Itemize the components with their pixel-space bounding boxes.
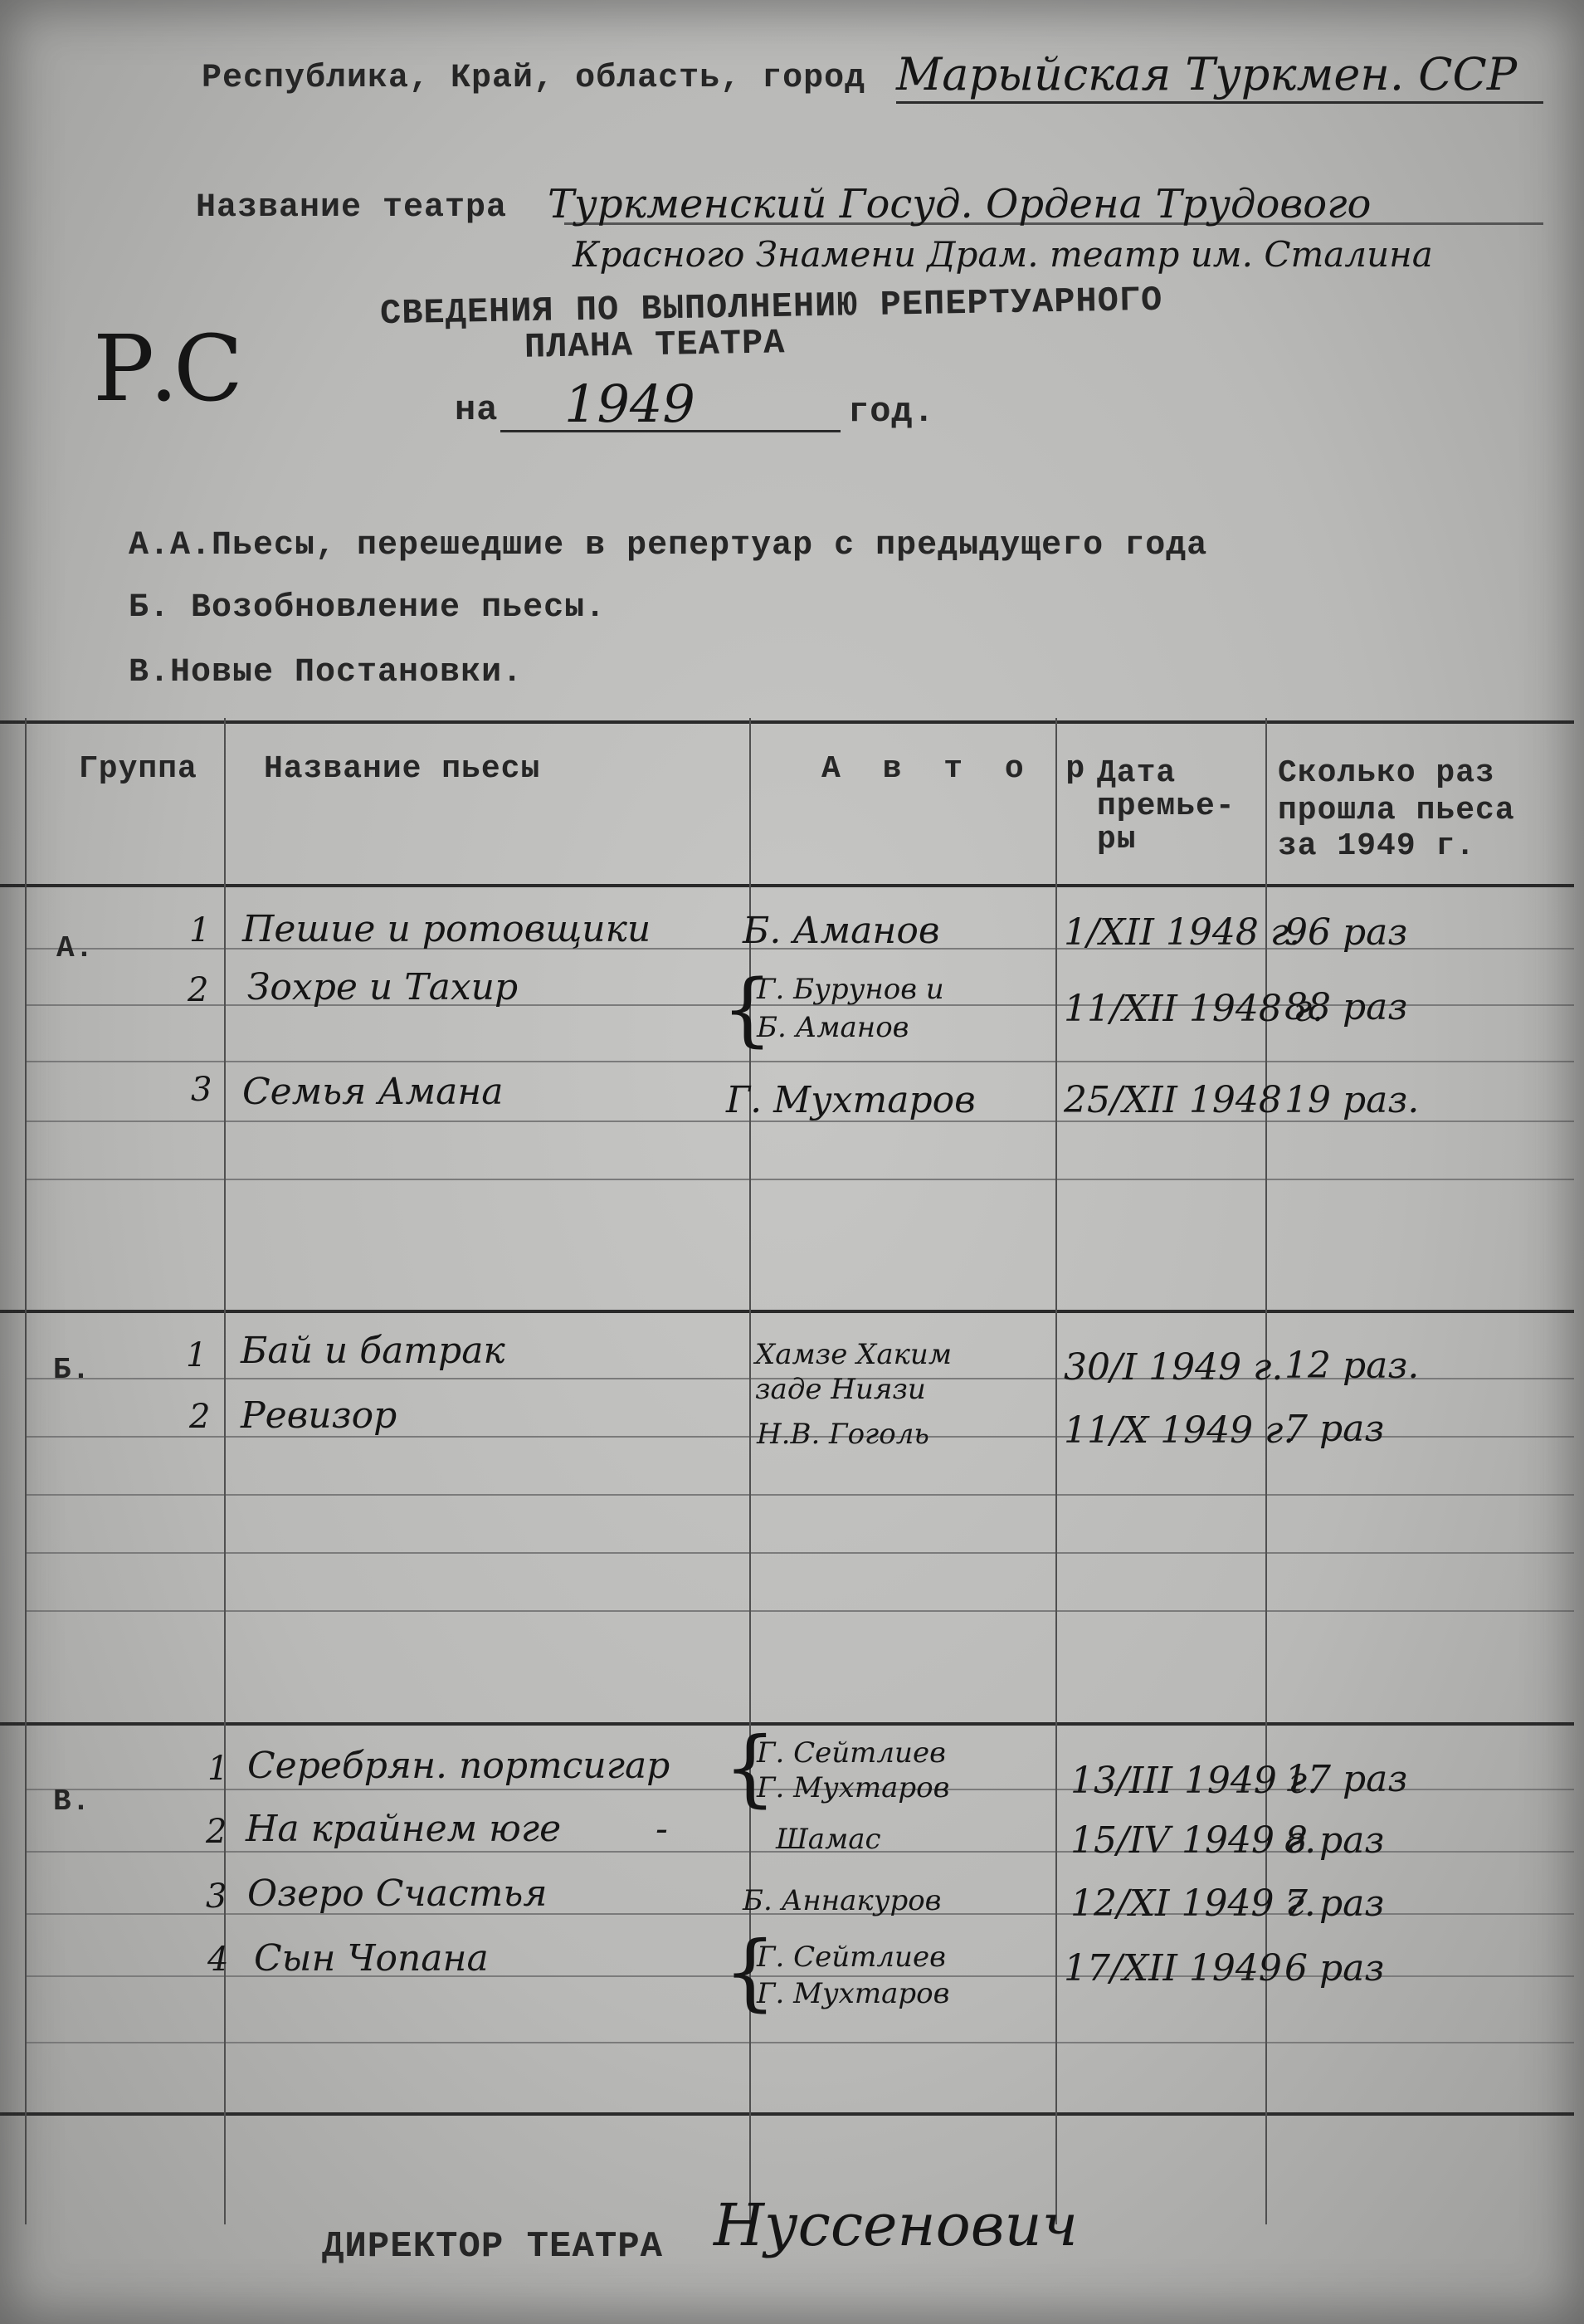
margin-note: Р.С bbox=[93, 315, 238, 422]
play-author: Б. Аманов bbox=[743, 910, 939, 952]
performance-count: 8 раз bbox=[1284, 1819, 1384, 1862]
premiere-date: 30/I 1949 г. bbox=[1064, 1346, 1283, 1389]
year-value: 1949 bbox=[564, 373, 695, 434]
theatre-value-line1: Туркменский Госуд. Ордена Трудового bbox=[548, 181, 1371, 227]
row-number: 1 bbox=[186, 1336, 207, 1374]
row-number: 1 bbox=[207, 1750, 228, 1788]
premiere-date: 25/XII 1948 bbox=[1064, 1079, 1282, 1121]
column-divider bbox=[1055, 718, 1057, 2224]
row-number: 2 bbox=[206, 1813, 227, 1851]
header-bottom-border bbox=[0, 884, 1574, 887]
table-bottom-border bbox=[0, 2112, 1574, 2116]
premiere-date: 1/XII 1948 г. bbox=[1064, 911, 1300, 954]
play-title: На крайнем юге bbox=[246, 1808, 561, 1850]
play-title: Зохре и Тахир bbox=[247, 966, 518, 1008]
col-header-count-line: Сколько раз bbox=[1278, 755, 1495, 792]
ruled-line bbox=[25, 2042, 1574, 2043]
row-number: 2 bbox=[188, 971, 208, 1009]
premiere-date: 17/XII 1949 bbox=[1064, 1947, 1282, 1990]
col-header-premiere-line: ры bbox=[1097, 822, 1137, 858]
play-author: Г. Бурунов и bbox=[757, 973, 944, 1006]
performance-count: 7 раз bbox=[1284, 1882, 1384, 1925]
legend-group-b: Б. Возобновление пьесы. bbox=[129, 589, 606, 627]
row-number: 3 bbox=[206, 1877, 227, 1916]
column-divider bbox=[224, 718, 226, 2224]
performance-count: 19 раз. bbox=[1284, 1079, 1419, 1121]
play-title: Серебрян. портсигар bbox=[247, 1745, 670, 1787]
premiere-date: 15/IV 1949 г. bbox=[1070, 1819, 1316, 1862]
col-header-group: Группа bbox=[79, 751, 197, 788]
column-divider bbox=[25, 718, 27, 2224]
play-author: заде Ниязи bbox=[755, 1373, 926, 1406]
region-underline bbox=[896, 101, 1543, 104]
row-number: 4 bbox=[207, 1941, 228, 1979]
row-number: 2 bbox=[189, 1398, 210, 1436]
play-title: Семья Амана bbox=[242, 1071, 504, 1113]
year-prefix: на bbox=[455, 390, 498, 430]
ruled-line bbox=[25, 1610, 1574, 1612]
region-value: Марыйская Туркмен. ССР bbox=[896, 48, 1517, 100]
premiere-date: 11/X 1949 г. bbox=[1064, 1409, 1294, 1452]
ruled-line bbox=[25, 1494, 1574, 1496]
group-label-a: А. bbox=[56, 931, 94, 965]
group-label-b: Б. bbox=[53, 1353, 90, 1387]
director-label: ДИРЕКТОР ТЕАТРА bbox=[322, 2226, 663, 2268]
performance-count: 96 раз bbox=[1284, 911, 1407, 954]
legend-group-a: А.А.Пьесы, перешедшие в репертуар с пред… bbox=[129, 527, 1207, 564]
legend-group-c: В.Новые Постановки. bbox=[129, 654, 523, 691]
group-c-border bbox=[0, 1722, 1574, 1726]
premiere-date: 12/XI 1949 г. bbox=[1070, 1882, 1316, 1925]
row-number: 3 bbox=[191, 1071, 212, 1109]
play-author: Б. Аманов bbox=[757, 1011, 909, 1044]
col-header-count-line: за 1949 г. bbox=[1278, 828, 1475, 865]
col-header-title: Название пьесы bbox=[264, 751, 540, 788]
play-title: Бай и батрак bbox=[241, 1330, 505, 1372]
ruled-line bbox=[25, 1179, 1574, 1180]
row-number: 1 bbox=[189, 911, 210, 950]
year-suffix: год. bbox=[848, 392, 935, 432]
group-b-border bbox=[0, 1310, 1574, 1313]
play-author: Б. Аннакуров bbox=[743, 1884, 941, 1917]
document-title-line2: ПЛАНА ТЕАТРА bbox=[524, 323, 786, 367]
play-title: Озеро Счастья bbox=[247, 1872, 547, 1915]
play-author: Шамас bbox=[776, 1823, 881, 1856]
ruled-line bbox=[25, 1552, 1574, 1554]
theatre-value-line2: Красного Знамени Драм. театр им. Сталина bbox=[573, 234, 1433, 275]
performance-count: 12 раз. bbox=[1284, 1345, 1419, 1387]
group-label-v: В. bbox=[53, 1784, 90, 1819]
play-author: Г. Мухтаров bbox=[757, 1977, 949, 2010]
premiere-date: 13/III 1949 г. bbox=[1070, 1760, 1318, 1802]
col-header-count-line: прошла пьеса bbox=[1278, 793, 1515, 829]
dash-mark: - bbox=[656, 1808, 668, 1850]
play-author: Хамзе Хаким bbox=[755, 1338, 952, 1371]
play-author: Г. Сейтлиев bbox=[757, 1736, 946, 1770]
col-header-premiere-line: премье- bbox=[1097, 788, 1236, 825]
col-header-premiere-line: Дата bbox=[1097, 755, 1176, 792]
theatre-label: Название театра bbox=[196, 189, 507, 227]
performance-count: 7 раз bbox=[1284, 1408, 1384, 1450]
director-signature: Нуссенович bbox=[714, 2191, 1078, 2259]
table-top-border bbox=[0, 720, 1574, 724]
ruled-line bbox=[25, 1061, 1574, 1062]
performance-count: 88 раз bbox=[1284, 986, 1407, 1028]
performance-count: 17 раз bbox=[1284, 1758, 1407, 1800]
play-title: Сын Чопана bbox=[254, 1937, 489, 1980]
play-author: Г. Мухтаров bbox=[757, 1771, 949, 1804]
play-title: Пешие и ротовщики bbox=[242, 908, 651, 950]
performance-count: 6 раз bbox=[1284, 1947, 1384, 1990]
col-header-author: А в т о р bbox=[821, 751, 1096, 788]
play-author: Г. Мухтаров bbox=[726, 1079, 976, 1121]
play-title: Ревизор bbox=[241, 1394, 397, 1437]
play-author: Н.В. Гоголь bbox=[757, 1418, 929, 1451]
region-label: Республика, Край, область, город bbox=[202, 60, 865, 97]
play-author: Г. Сейтлиев bbox=[757, 1941, 946, 1974]
